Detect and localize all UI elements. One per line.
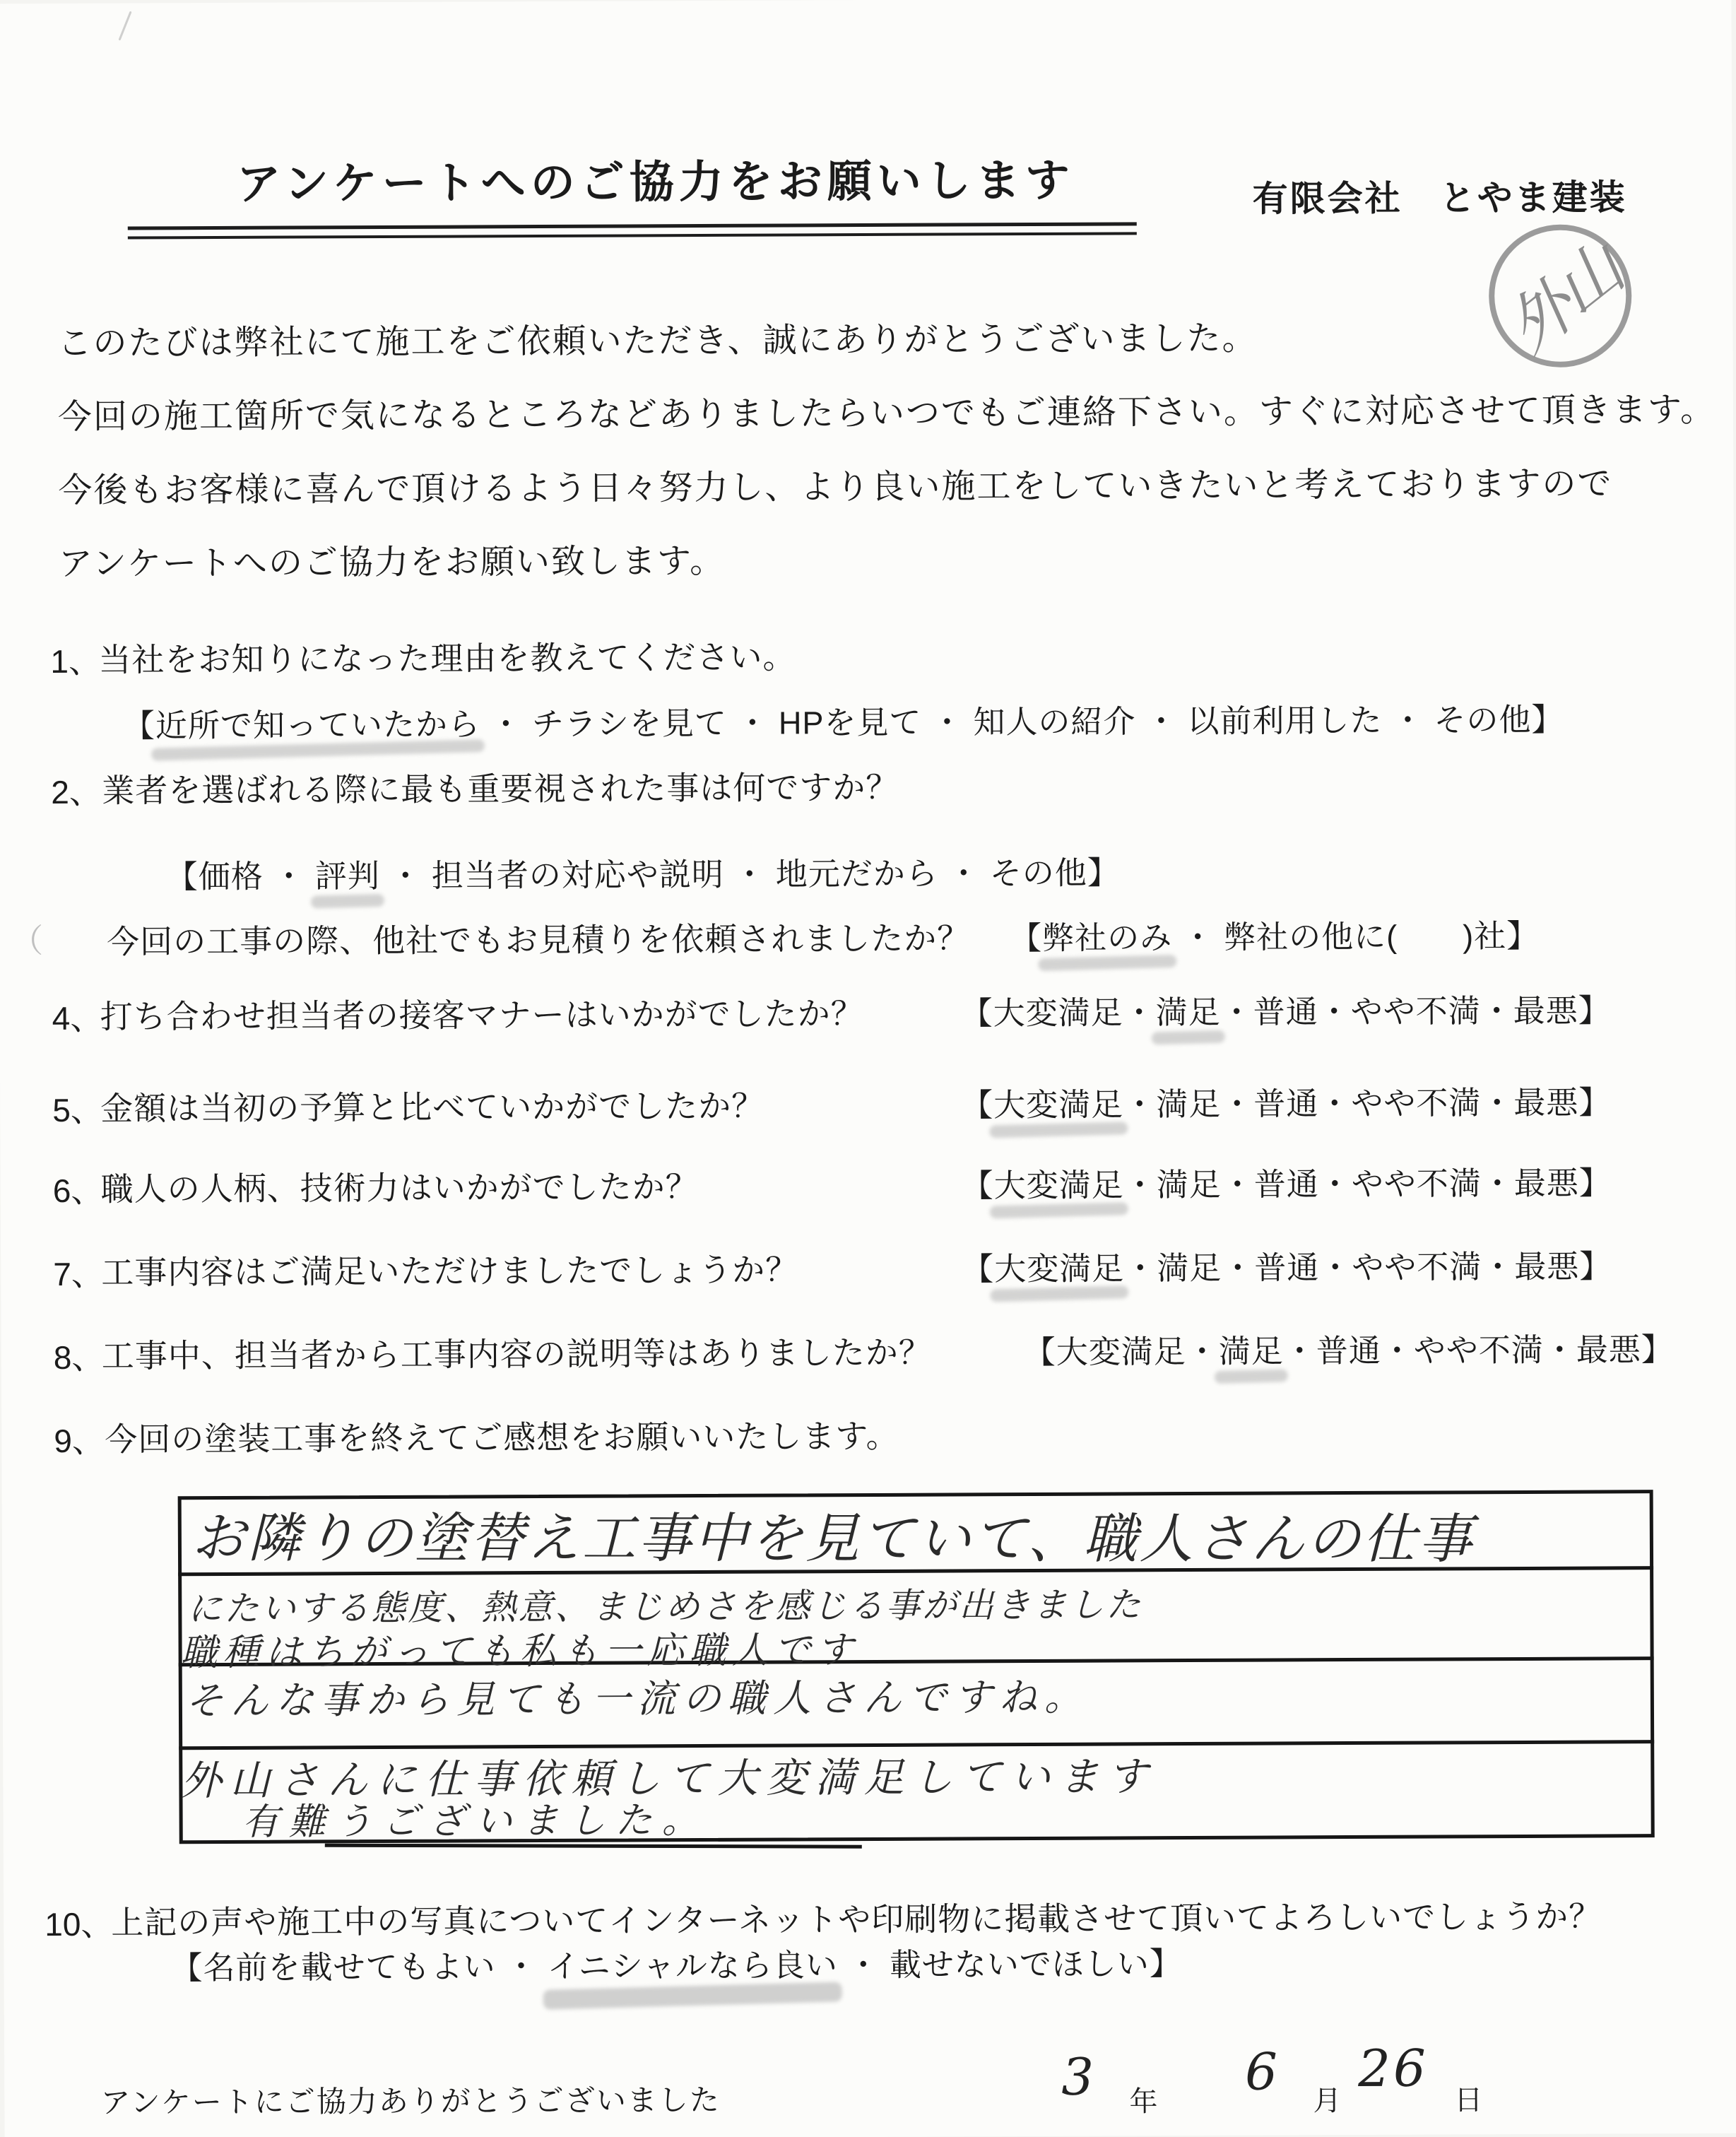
intro-line: 今回の施工箇所で気になるところなどありましたらいつでもご連絡下さい。すぐに対応さ… [58, 382, 1716, 438]
day-label: 日 [1454, 2078, 1482, 2118]
question-7-number: 7、 [53, 1249, 104, 1295]
selected-option: 満足 [1156, 987, 1221, 1032]
handwritten-year: 3 [1061, 2047, 1094, 2107]
intro-line: このたびは弊社にて施工をご依頼いただき、誠にありがとうございました。 [57, 311, 1257, 365]
question-8-number: 8、 [54, 1332, 105, 1379]
intro-line: アンケートへのご協力をお願い致します。 [59, 534, 726, 585]
handwritten-comment-line: 有難うございました。 [242, 1790, 708, 1845]
handwritten-comment-line: そんな事から見ても一流の職人さんですね。 [185, 1667, 1090, 1726]
question-4-text: 打ち合わせ担当者の接客マナーはいかがでしたか？ [100, 988, 864, 1038]
hanko-stamp-icon: 外山 [1489, 224, 1632, 367]
selected-option: 評判 [315, 850, 380, 896]
question-6-number: 6、 [53, 1165, 104, 1212]
question-2-number: 2、 [51, 767, 102, 813]
question-9-number: 9、 [54, 1415, 105, 1462]
closing-thanks: アンケートにご協力ありがとうございました [100, 2077, 721, 2122]
selected-option: 弊社のみ [1042, 912, 1172, 958]
question-5-number: 5、 [52, 1085, 103, 1131]
question-2-text: 業者を選ばれる際に最も重要視された事は何ですか？ [102, 762, 899, 812]
handwritten-comment-line: お隣りの塗替え工事中を見ていて、職人さんの仕事 [191, 1495, 1475, 1573]
scan-artifact [119, 11, 132, 41]
question-5-text: 金額は当初の予算と比べていかがでしたか？ [100, 1081, 764, 1130]
selected-option: 近所で知っていたから [155, 698, 480, 746]
year-label: 年 [1129, 2079, 1157, 2119]
question-6-text: 職人の人柄、技術力はいかがでしたか？ [101, 1161, 699, 1211]
question-8-options: 【大変満足・満足・普通・やや不満・最悪】 [1024, 1324, 1674, 1372]
handwritten-month: 6 [1245, 2042, 1277, 2101]
intro-line: 今後もお客様に喜んで頂けるよう日々努力し、より良い施工をしていきたいと考えており… [58, 456, 1612, 512]
selected-option: 大変満足 [993, 1078, 1123, 1125]
question-5-options: 【大変満足・満足・普通・やや不満・最悪】 [961, 1076, 1611, 1125]
handwritten-day: 26 [1358, 2039, 1429, 2098]
question-2-options: 【価格 ・ 評判 ・ 担当者の対応や説明 ・ 地元だから ・ その他】 [166, 847, 1120, 897]
month-label: 月 [1313, 2078, 1341, 2119]
title-underline [128, 222, 1137, 239]
selected-option: 満足 [1219, 1325, 1284, 1371]
question-7-text: 工事内容はご満足いただけましたでしょうか？ [101, 1244, 798, 1293]
selected-option: 大変満足 [994, 1159, 1124, 1206]
question-10-options: 【名前を載せてもよい ・ イニシャルなら良い ・ 載せないでほしい】 [170, 1938, 1182, 1988]
question-1-text: 当社をお知りになった理由を教えてください。 [98, 631, 796, 681]
selected-option: 大変満足 [994, 1242, 1124, 1289]
question-10-text: 上記の声や施工中の写真についてインターネットや印刷物に掲載させて頂いてよろしいで… [111, 1890, 1602, 1943]
company-name: 有限会社 とやま建装 [1252, 169, 1626, 221]
page-title: アンケートへのご協力をお願いします [236, 145, 1075, 213]
question-8-text: 工事中、担当者から工事内容の説明等はありましたか？ [102, 1327, 932, 1377]
question-1-options: 【近所で知っていたから ・ チラシを見て ・ HPを見て ・ 知人の紹介 ・ 以… [123, 694, 1564, 746]
question-4-options: 【大変満足・満足・普通・やや不満・最悪】 [961, 984, 1611, 1033]
handwritten-comment-line: 職種はちがっても私も一応職人です [180, 1620, 858, 1676]
question-3-text: 今回の工事の際、他社でもお見積りを依頼されましたか？ [107, 912, 970, 962]
question-10-number: 10、 [45, 1899, 113, 1945]
question-3-options: 【弊社のみ ・ 弊社の他に( )社】 [1010, 910, 1539, 958]
question-3-number: （ [11, 915, 43, 962]
question-9-text: 今回の塗装工事を終えてご感想をお願いいたします。 [105, 1411, 899, 1461]
question-7-options: 【大変満足・満足・普通・やや不満・最悪】 [962, 1240, 1612, 1289]
selected-option: イニシャルなら良い [547, 1939, 838, 1986]
hanko-stamp-text: 外山 [1484, 222, 1637, 370]
question-6-options: 【大変満足・満足・普通・やや不満・最悪】 [962, 1157, 1612, 1206]
survey-sheet: アンケートへのご協力をお願いします 有限会社 とやま建装 外山 このたびは弊社に… [0, 0, 1736, 2137]
question-4-number: 4、 [52, 993, 103, 1040]
question-1-number: 1、 [50, 636, 101, 683]
